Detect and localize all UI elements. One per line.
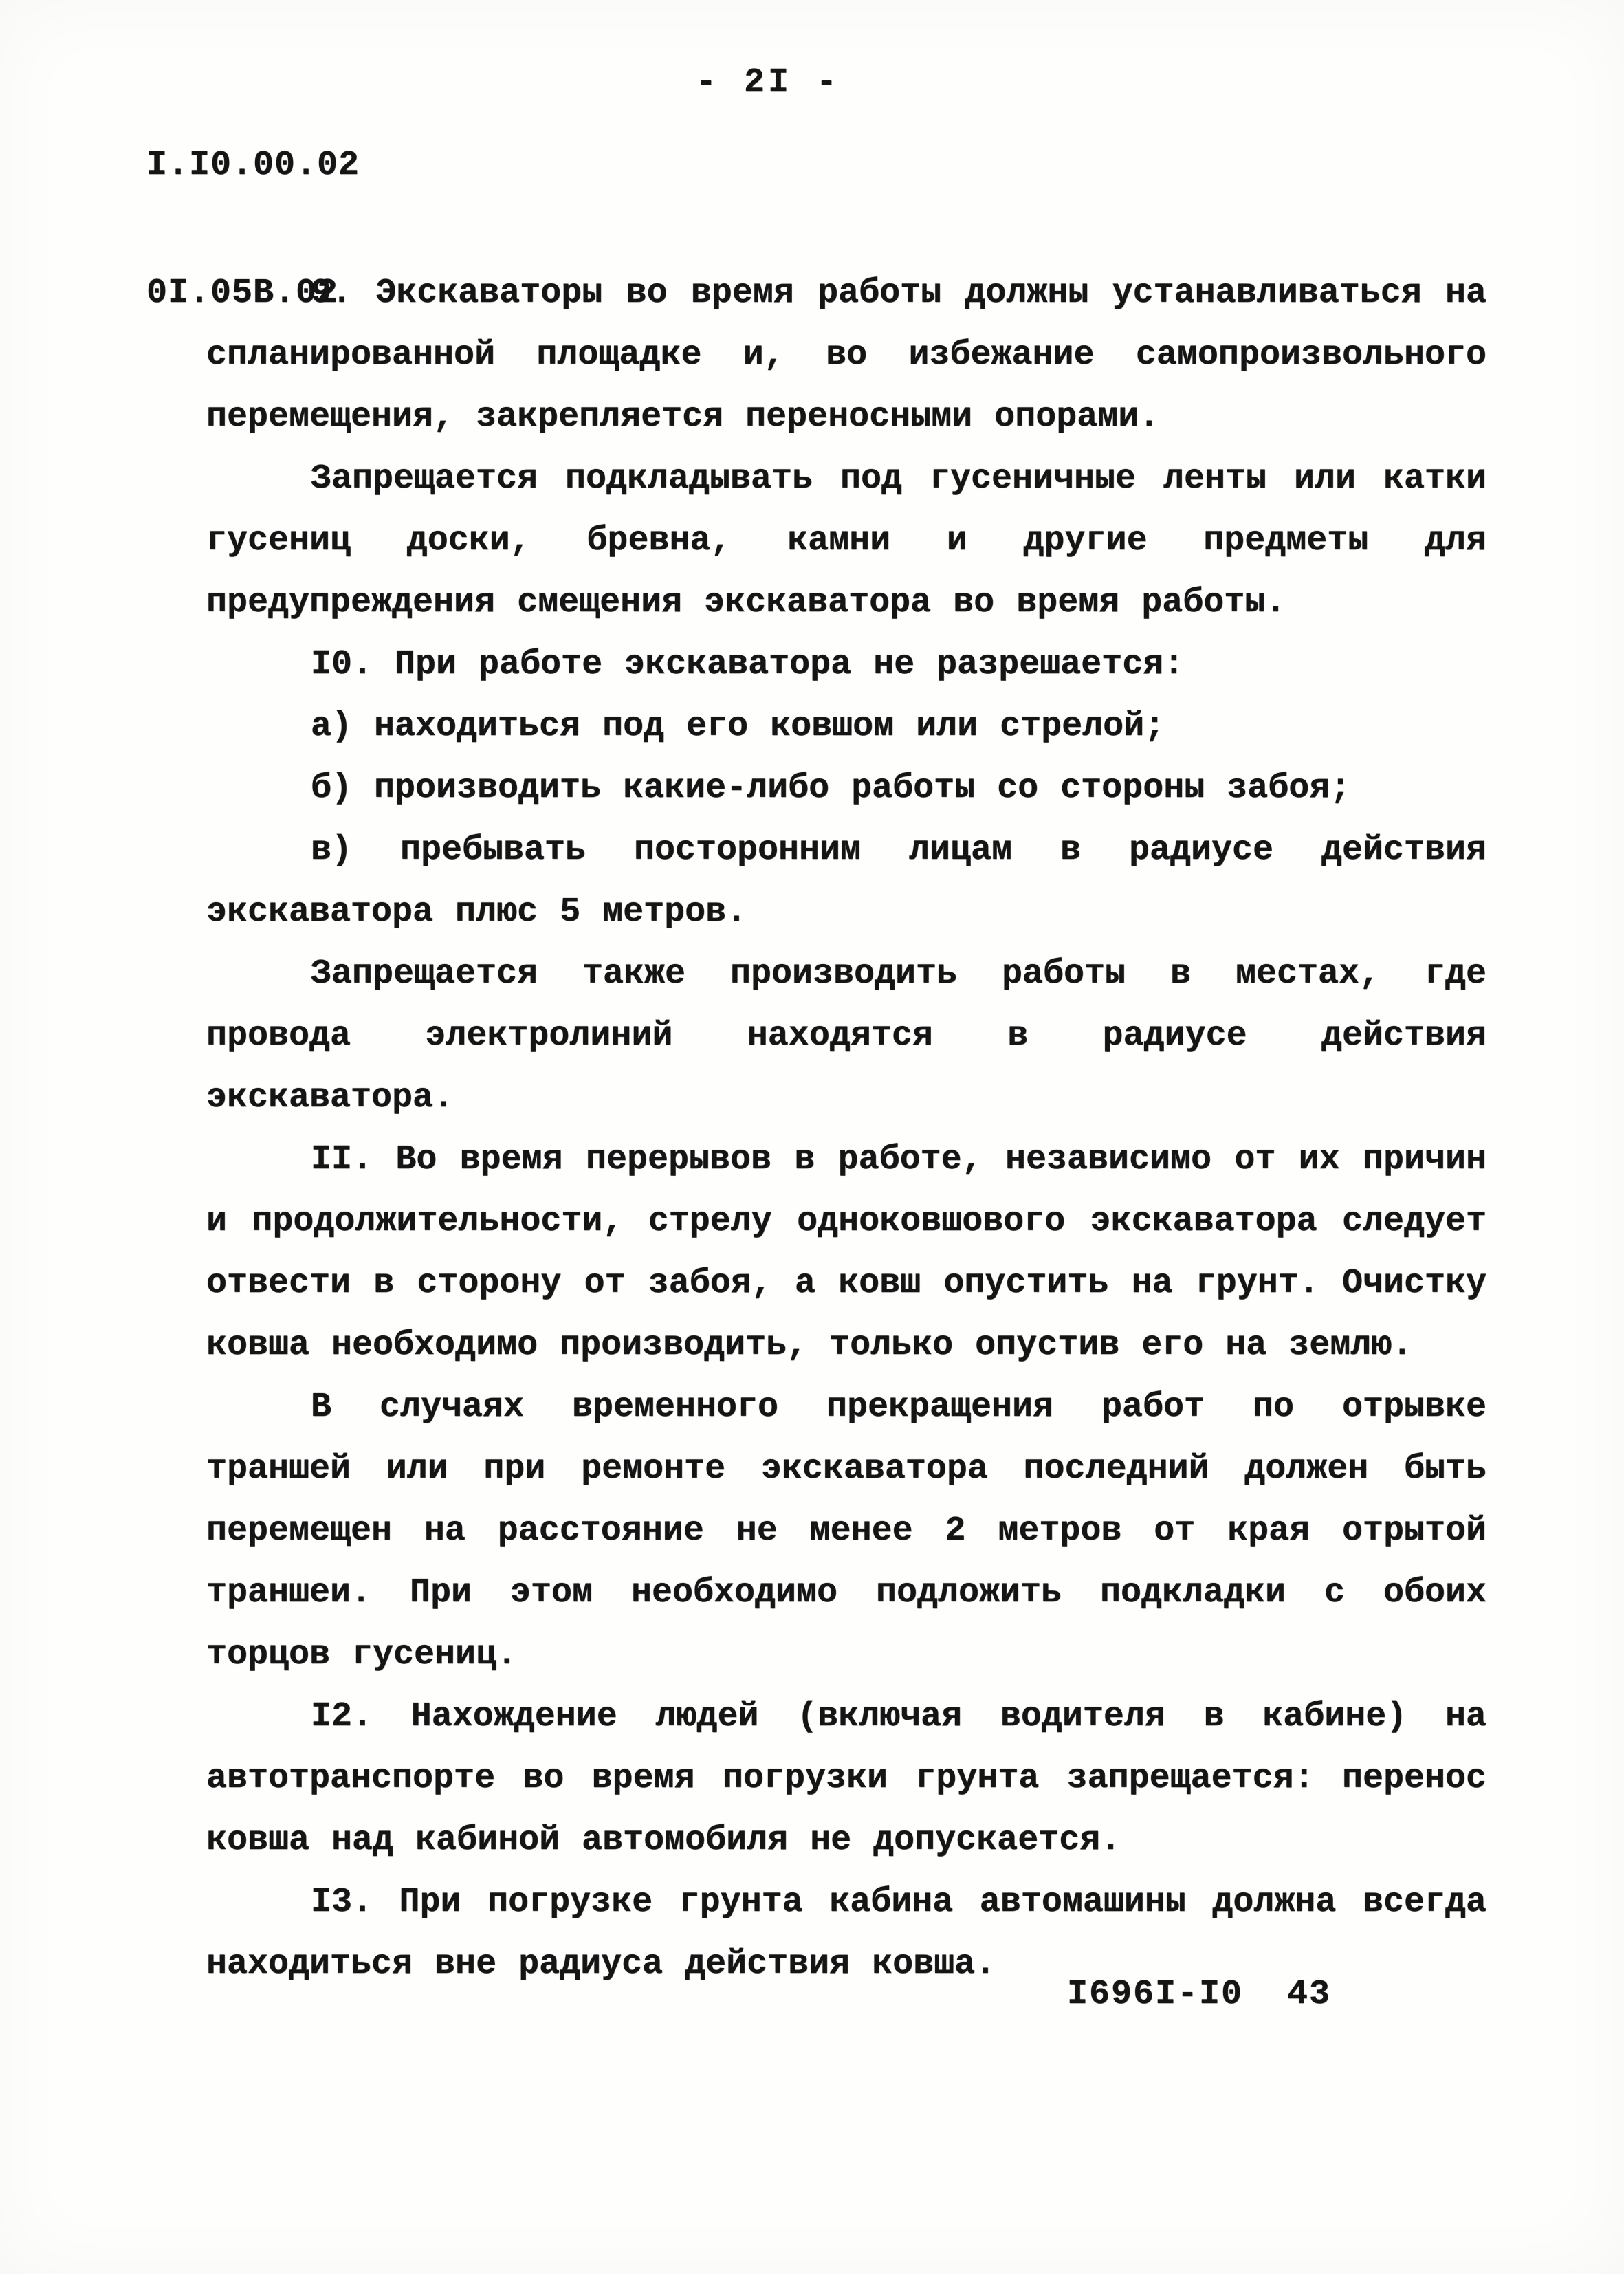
scanned-document-page: I.I0.00.02 0I.05В.02 - 2I - 9. Экскавато…	[0, 0, 1624, 2274]
list-item-v: в) пребывать посторонним лицам в радиусе…	[206, 820, 1486, 943]
page-number: - 2I -	[696, 63, 840, 102]
para-clause-9: 9. Экскаваторы во время работы должны ус…	[206, 263, 1486, 448]
para-prohibition-powerlines: Запрещается также производить работы в м…	[206, 943, 1486, 1129]
list-item-a: а) находиться под его ковшом или стрелой…	[206, 696, 1486, 758]
document-code-line-1: I.I0.00.02	[146, 144, 360, 187]
document-body: 9. Экскаваторы во время работы должны ус…	[206, 263, 1486, 1996]
para-clause-12: I2. Нахождение людей (включая водителя в…	[206, 1686, 1486, 1872]
list-item-b: б) производить какие-либо работы со стор…	[206, 758, 1486, 820]
para-prohibition-supports: Запрещается подкладывать под гусеничные …	[206, 448, 1486, 634]
para-clause-10: I0. При работе экскаватора не разрешаетс…	[206, 634, 1486, 696]
para-clause-11: II. Во время перерывов в работе, независ…	[206, 1129, 1486, 1377]
print-order-stamp: I696I-I0 43	[1067, 1975, 1331, 2014]
para-temporary-stop: В случаях временного прекращения работ п…	[206, 1377, 1486, 1686]
